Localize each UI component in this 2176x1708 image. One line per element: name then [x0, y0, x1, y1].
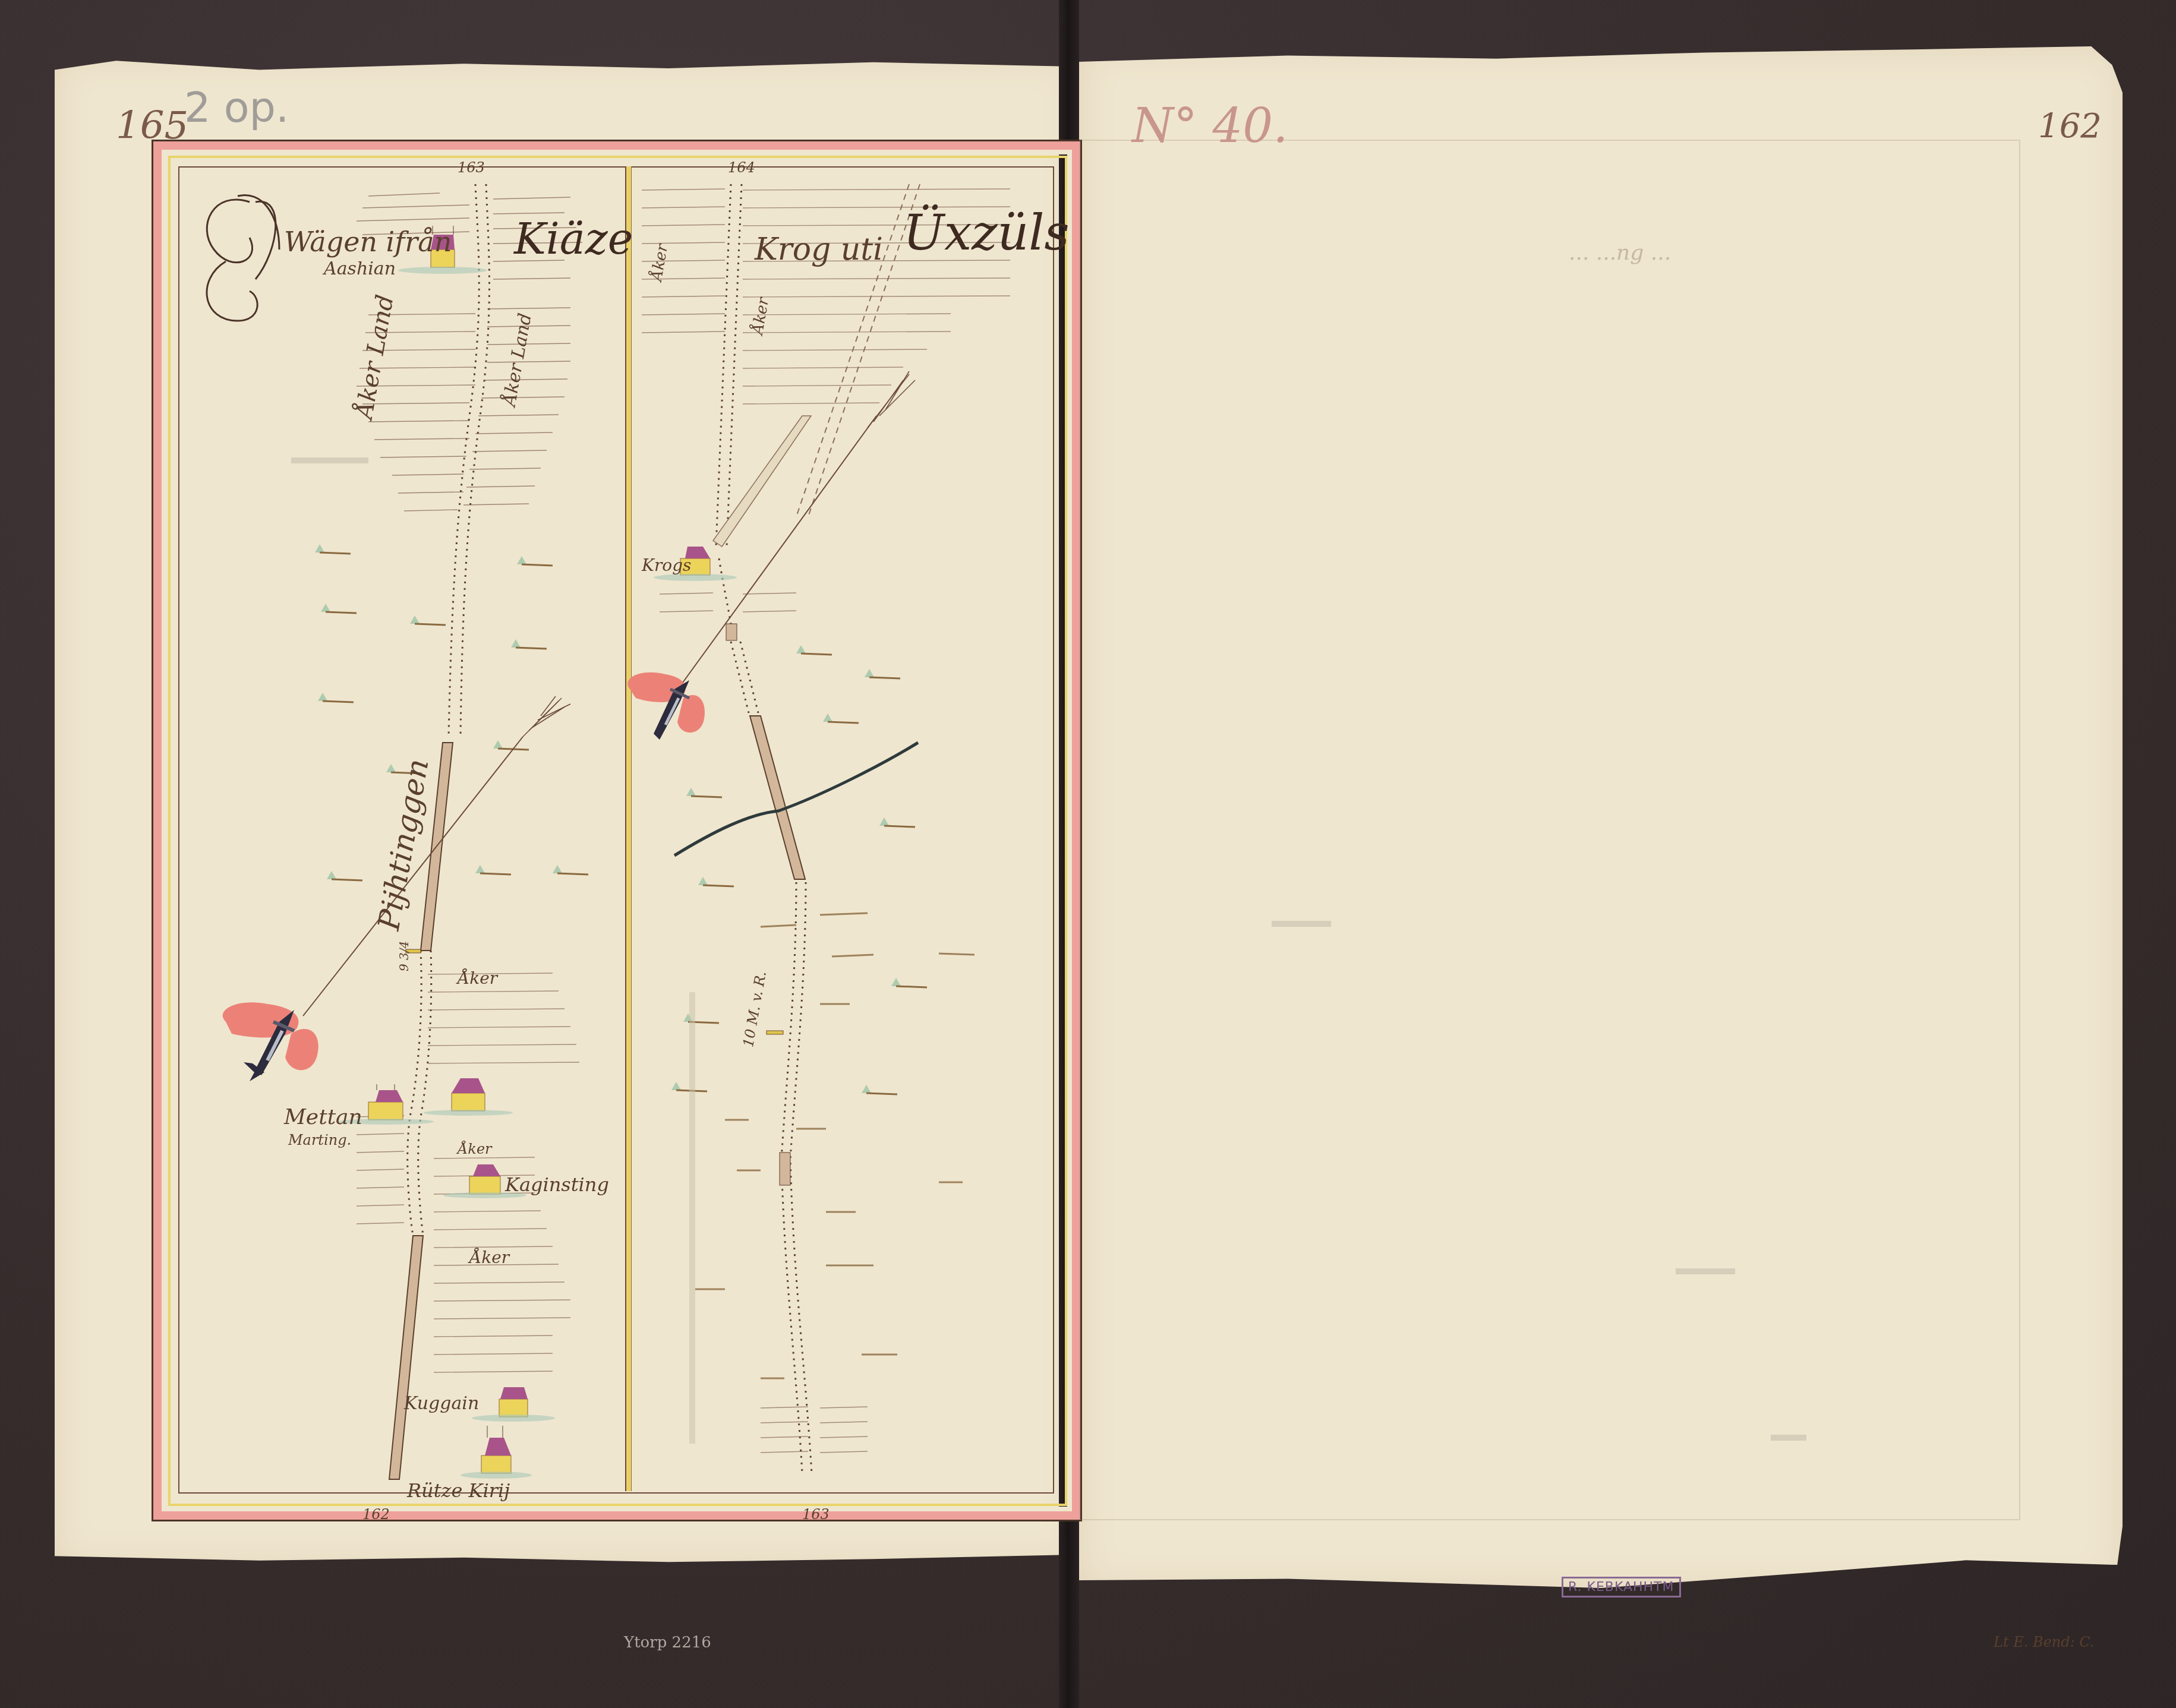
road-right-column — [713, 184, 920, 1473]
place-marting: Marting. — [288, 1132, 351, 1148]
pencil-note-bottom: Ytorp 2216 — [624, 1634, 711, 1652]
place-krogs: Krogs — [642, 555, 691, 575]
pencil-smudges — [291, 460, 1806, 1438]
pencil-note-top-left: 2 op. — [184, 83, 289, 132]
field-hatching-right — [642, 189, 1010, 1453]
place-kaginsting: Kaginsting — [505, 1173, 609, 1196]
signature: Lt E. Bend: C. — [1994, 1634, 2095, 1650]
title-middle: Kiäze — [514, 214, 633, 264]
place-mettan: Mettan — [284, 1105, 362, 1129]
column-marker-left-bottom: 162 — [362, 1506, 390, 1523]
field-hatching-bottom-left — [357, 973, 579, 1372]
house-east — [424, 1078, 513, 1116]
folio-number-left: 165 — [116, 104, 188, 148]
field-label-2: Åker — [458, 1141, 492, 1157]
church-rutze — [461, 1426, 532, 1479]
archive-stamp: R. KEBKAHHTM — [1562, 1577, 1681, 1597]
place-rutze-kirij: Rütze Kirij — [407, 1479, 510, 1502]
field-label-1: Åker — [458, 968, 497, 988]
title-prefix: Wägen ifrån — [284, 226, 452, 258]
column-marker-right-top: 164 — [728, 159, 755, 176]
house-kuggain — [472, 1387, 555, 1422]
title-flourish — [207, 195, 279, 321]
page-number-label: N° 40. — [1132, 98, 1288, 153]
title-connector: Krog uti — [755, 232, 883, 267]
title-destination: Üxzüls — [903, 205, 1070, 261]
windrose-right — [627, 673, 705, 740]
place-aashian: Aashian — [324, 258, 396, 279]
distance-label-left: 9 3/4 — [397, 941, 411, 971]
bearing-feather-right — [868, 371, 915, 428]
distance-marker-right — [767, 1031, 783, 1034]
column-marker-left-top: 163 — [458, 159, 485, 176]
field-label-3: Åker — [469, 1248, 509, 1267]
folio-number-right: 162 — [2038, 107, 2102, 146]
faded-text: ... ...ng ... — [1569, 241, 1671, 265]
column-marker-right-bottom: 163 — [802, 1506, 830, 1523]
hatch-strokes-right — [695, 913, 975, 1378]
river — [674, 743, 918, 855]
place-kuggain: Kuggain — [404, 1393, 479, 1414]
